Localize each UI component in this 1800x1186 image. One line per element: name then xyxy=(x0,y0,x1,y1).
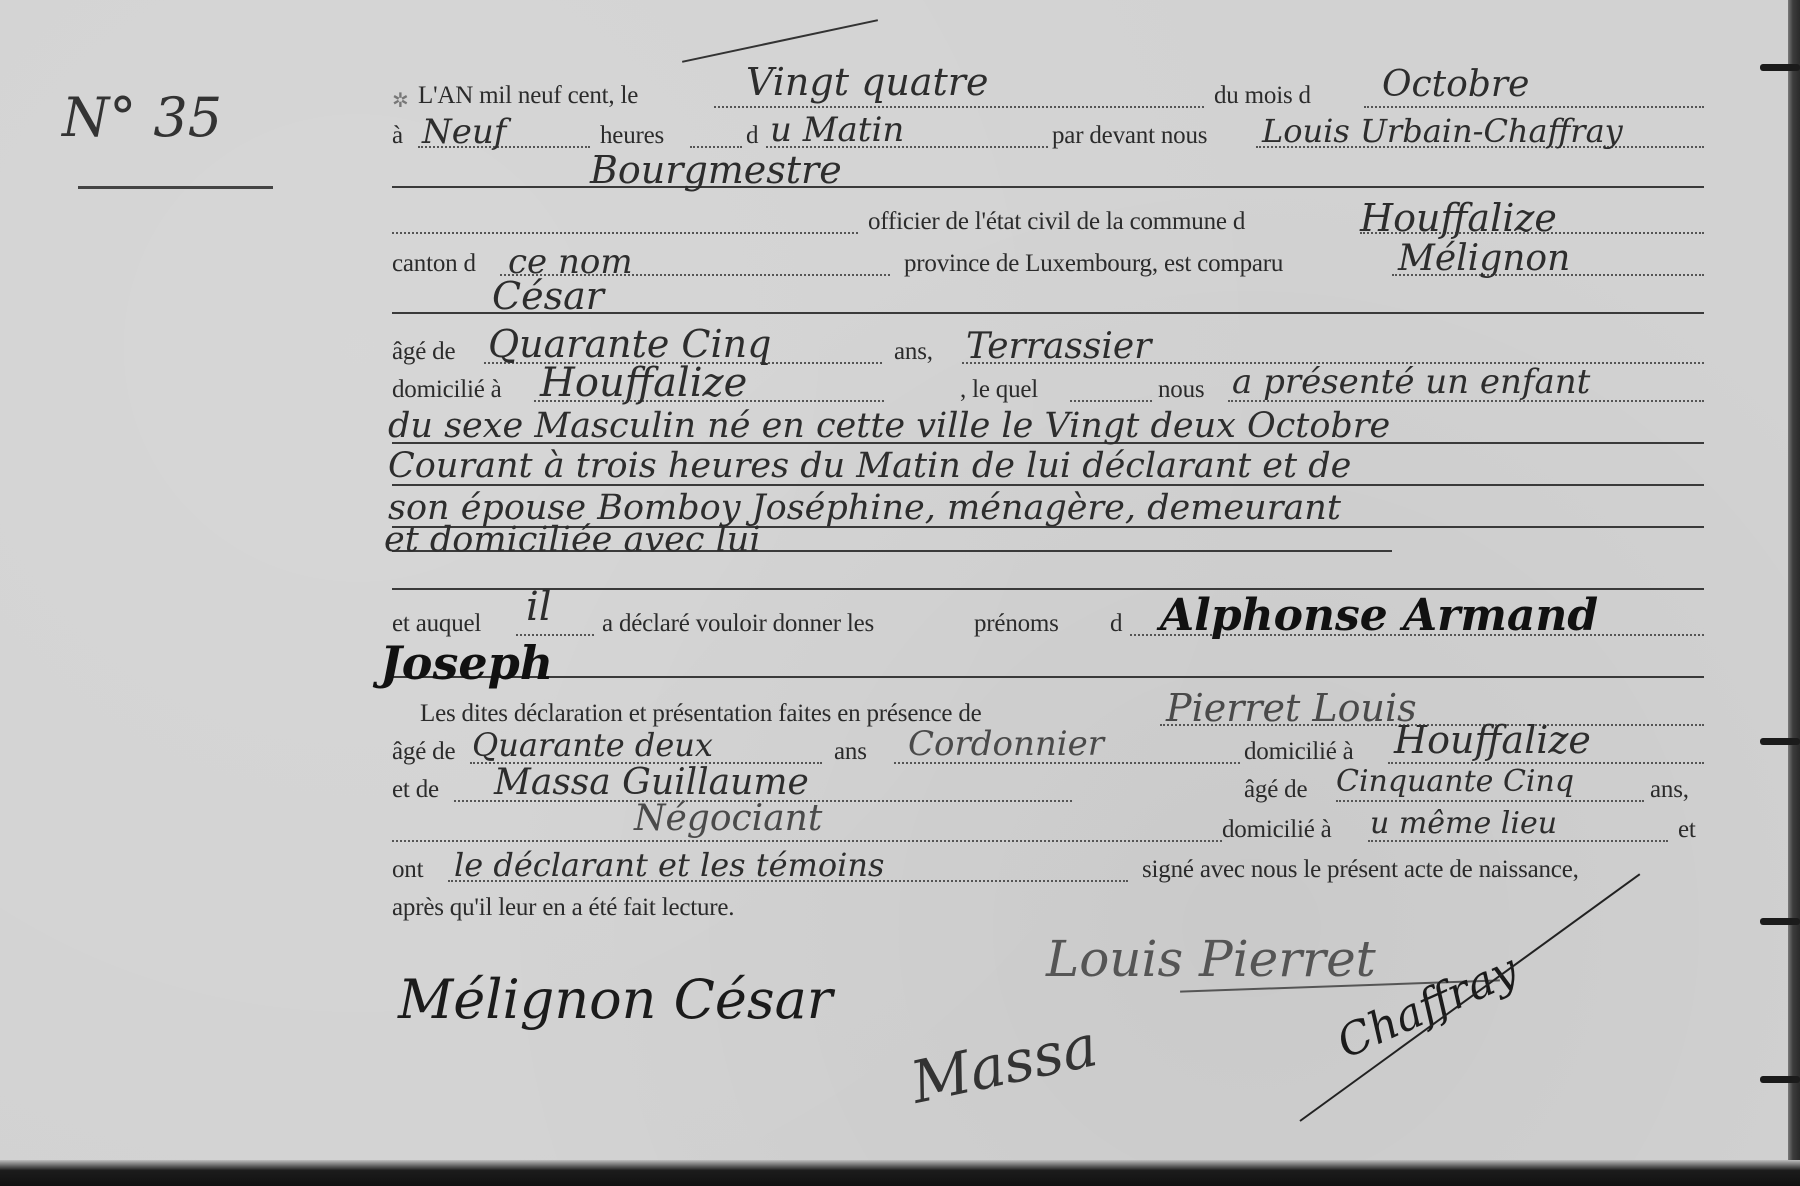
declarant-domicile-value: Houffalize xyxy=(540,360,747,406)
printed-year-label: L'AN mil neuf cent, le xyxy=(418,82,638,110)
officer-name-value: Louis Urbain-Chaffray xyxy=(1262,112,1623,150)
binding-stitch xyxy=(1760,738,1800,745)
blank-field-line xyxy=(392,232,858,234)
child-names-line-2: Joseph xyxy=(380,636,553,690)
day-field-line xyxy=(714,106,1204,108)
printed-month-label: du mois d xyxy=(1214,82,1311,110)
witness2-age-value: Cinquante Cinq xyxy=(1336,764,1574,799)
printed-declare-label: a déclaré vouloir donner les xyxy=(602,610,874,638)
printed-prenoms-label: prénoms xyxy=(974,610,1059,638)
printed-canton-label: canton d xyxy=(392,250,476,278)
asterisk-mark-icon: ✲ xyxy=(392,88,409,112)
lequel-field-line xyxy=(1070,400,1152,402)
witness2-name-value: Massa Guillaume xyxy=(494,762,809,803)
signature-witness1: Louis Pierret xyxy=(1046,930,1376,988)
page-bottom-edge xyxy=(0,1160,1800,1186)
witness1-domicile-value: Houffalize xyxy=(1394,718,1591,762)
witness1-name-value: Pierret Louis xyxy=(1166,686,1417,730)
body-line-2: Courant à trois heures du Matin de lui d… xyxy=(388,446,1351,486)
printed-domicile2-label: domicilié à xyxy=(1244,738,1354,766)
signers-value: le déclarant et les témoins xyxy=(454,846,884,884)
printed-a-label: à xyxy=(392,122,403,150)
document-page: N° 35 ✲ L'AN mil neuf cent, le Vingt qua… xyxy=(0,0,1788,1160)
printed-lequel-label: , le quel xyxy=(960,376,1038,404)
printed-par-devant-label: par devant nous xyxy=(1052,122,1207,150)
record-number: N° 35 xyxy=(62,86,222,149)
printed-domicile-label: domicilié à xyxy=(392,376,502,404)
body-line-4: et domiciliée avec lui xyxy=(384,520,761,560)
top-stroke xyxy=(682,19,878,63)
pronoun-value: il xyxy=(526,584,552,630)
printed-d-label: d xyxy=(746,122,758,150)
printed-ont-label: ont xyxy=(392,856,423,884)
witness2-age-line xyxy=(1336,800,1644,802)
declarant-surname-value: Mélignon xyxy=(1398,238,1570,279)
printed-age3-label: âgé de xyxy=(1244,776,1307,804)
officer-title-value: Bourgmestre xyxy=(590,148,842,192)
binding-stitch xyxy=(1760,1076,1800,1083)
witness1-age-value: Quarante deux xyxy=(472,726,713,764)
record-number-rule xyxy=(78,186,273,189)
binding-stitch xyxy=(1760,918,1800,925)
printed-ans-label: ans, xyxy=(894,338,933,366)
printed-nous-label: nous xyxy=(1158,376,1204,404)
printed-officier-label: officier de l'état civil de la commune d xyxy=(868,208,1245,236)
printed-province-label: province de Luxembourg, est comparu xyxy=(904,250,1283,278)
month-value: Octobre xyxy=(1382,64,1529,105)
book-binding xyxy=(1788,0,1800,1186)
printed-signe-label: signé avec nous le présent acte de naiss… xyxy=(1142,856,1579,884)
printed-age-label: âgé de xyxy=(392,338,455,366)
printed-witness-intro: Les dites déclaration et présentation fa… xyxy=(420,700,982,728)
declarant-firstname-value: César xyxy=(492,274,604,318)
commune-value: Houffalize xyxy=(1360,196,1557,240)
printed-et-auquel-label: et auquel xyxy=(392,610,481,638)
binding-stitch xyxy=(1760,64,1800,71)
printed-heures-label: heures xyxy=(600,122,664,150)
printed-age2-label: âgé de xyxy=(392,738,455,766)
time-value: u Matin xyxy=(770,110,904,150)
month-field-line xyxy=(1364,106,1704,108)
ruled-line xyxy=(392,676,1704,678)
hour-value: Neuf xyxy=(422,112,506,152)
signature-witness2: Massa xyxy=(905,1011,1103,1117)
printed-et-de-label: et de xyxy=(392,776,439,804)
body-line-1: du sexe Masculin né en cette ville le Vi… xyxy=(388,406,1390,446)
printed-et2-label: et xyxy=(1678,816,1696,844)
witness2-occupation-line xyxy=(392,840,1222,842)
ruled-line xyxy=(392,186,1704,188)
printed-ans3-label: ans, xyxy=(1650,776,1689,804)
witness2-domicile-value: u même lieu xyxy=(1370,806,1557,841)
printed-apres-label: après qu'il leur en a été fait lecture. xyxy=(392,894,734,922)
child-names-line-1: Alphonse Armand xyxy=(1160,590,1598,641)
presented-value: a présenté un enfant xyxy=(1232,362,1590,402)
printed-d2-label: d xyxy=(1110,610,1122,638)
witness1-occupation-value: Cordonnier xyxy=(908,724,1104,764)
day-value: Vingt quatre xyxy=(746,60,988,104)
witness2-occupation-value: Négociant xyxy=(634,798,822,839)
printed-ans2-label: ans xyxy=(834,738,867,766)
signature-declarant: Mélignon César xyxy=(398,968,833,1031)
signature-officer-stroke xyxy=(1299,873,1640,1121)
printed-domicile3-label: domicilié à xyxy=(1222,816,1332,844)
declarant-occupation-value: Terrassier xyxy=(966,326,1151,367)
